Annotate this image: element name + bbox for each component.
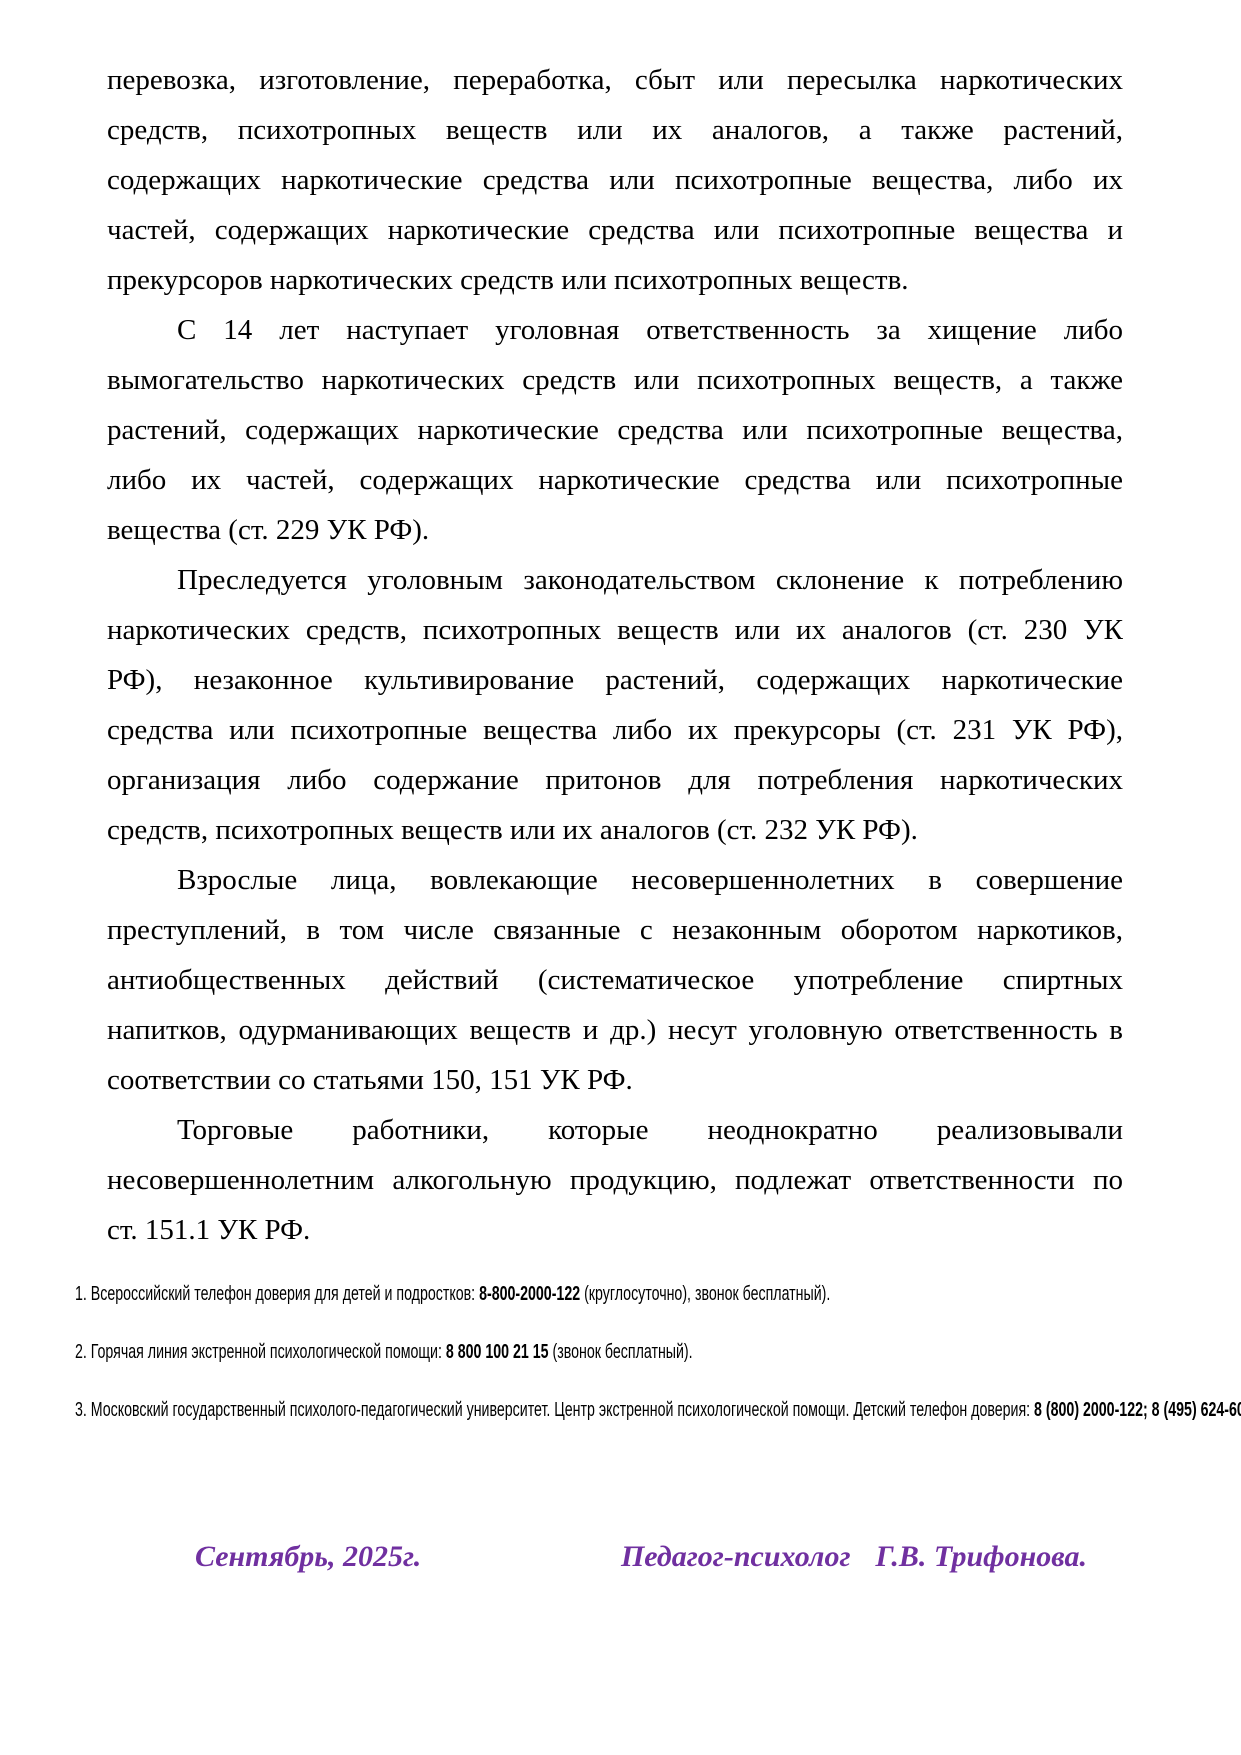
text-line: перевозка, изготовление, переработка, сб… [107, 55, 1123, 105]
footnote-content: 3. Московский государственный психолого-… [75, 1399, 1241, 1421]
footnotes: 1. Всероссийский телефон доверия для дет… [0, 1283, 1241, 1421]
text-line: вещества (ст. 229 УК РФ). [107, 505, 1123, 555]
footer-signature: Педагог-психолог Г.В. Трифонова. [621, 1538, 1087, 1576]
footer-name: Г.В. Трифонова. [876, 1538, 1087, 1576]
text-line: Взрослые лица, вовлекающие несовершеннол… [107, 855, 1123, 905]
text-line: ст. 151.1 УК РФ. [107, 1205, 1123, 1255]
text-line: средств, психотропных веществ или их ана… [107, 105, 1123, 155]
footnote-text: (звонок бесплатный). [549, 1341, 693, 1363]
text-line: прекурсоров наркотических средств или пс… [107, 255, 1123, 305]
text-line: Преследуется уголовным законодательством… [107, 555, 1123, 605]
page-footer: Сентябрь, 2025г. Педагог-психолог Г.В. Т… [0, 1538, 1241, 1576]
paragraph: Торговые работники, которые неоднократно… [107, 1105, 1123, 1255]
text-line: организация либо содержание притонов для… [107, 755, 1123, 805]
footnote: 1. Всероссийский телефон доверия для дет… [75, 1283, 1241, 1305]
text-line: частей, содержащих наркотические средств… [107, 205, 1123, 255]
paragraph: Преследуется уголовным законодательством… [107, 555, 1123, 855]
text-line: растений, содержащих наркотические средс… [107, 405, 1123, 455]
footnote-phone: 8 (800) 2000-122; 8 (495) 624-60-01. [1034, 1399, 1241, 1421]
footnote-text: (круглосуточно), звонок бесплатный). [580, 1283, 830, 1305]
text-line: антиобщественных действий (систематическ… [107, 955, 1123, 1005]
text-line: РФ), незаконное культивирование растений… [107, 655, 1123, 705]
page: перевозка, изготовление, переработка, сб… [0, 0, 1241, 1755]
text-line: несовершеннолетним алкогольную продукцию… [107, 1155, 1123, 1205]
text-line: напитков, одурманивающих веществ и др.) … [107, 1005, 1123, 1055]
footnote-phone: 8 800 100 21 15 [446, 1341, 549, 1363]
text-line: либо их частей, содержащих наркотические… [107, 455, 1123, 505]
text-line: средств, психотропных веществ или их ана… [107, 805, 1123, 855]
footnote-content: 2. Горячая линия экстренной психологичес… [75, 1341, 693, 1363]
footnote-content: 1. Всероссийский телефон доверия для дет… [75, 1283, 830, 1305]
footnote: 2. Горячая линия экстренной психологичес… [75, 1341, 1241, 1363]
text-line: наркотических средств, психотропных веще… [107, 605, 1123, 655]
paragraph: С 14 лет наступает уголовная ответственн… [107, 305, 1123, 555]
text-line: преступлений, в том числе связанные с не… [107, 905, 1123, 955]
footnote-text: 3. Московский государственный психолого-… [75, 1399, 1034, 1421]
main-text: перевозка, изготовление, переработка, сб… [0, 0, 1241, 1255]
document-page: { "page": { "background": "#ffffff", "te… [0, 0, 1241, 1755]
text-line: вымогательство наркотических средств или… [107, 355, 1123, 405]
paragraph: Взрослые лица, вовлекающие несовершеннол… [107, 855, 1123, 1105]
text-line: средства или психотропные вещества либо … [107, 705, 1123, 755]
footer-date: Сентябрь, 2025г. [195, 1538, 421, 1576]
footnote-text: 1. Всероссийский телефон доверия для дет… [75, 1283, 479, 1305]
footnote-phone: 8-800-2000-122 [479, 1283, 580, 1305]
text-line: соответствии со статьями 150, 151 УК РФ. [107, 1055, 1123, 1105]
text-line: содержащих наркотические средства или пс… [107, 155, 1123, 205]
footnote-text: 2. Горячая линия экстренной психологичес… [75, 1341, 446, 1363]
text-line: Торговые работники, которые неоднократно… [107, 1105, 1123, 1155]
text-line: С 14 лет наступает уголовная ответственн… [107, 305, 1123, 355]
footnote: 3. Московский государственный психолого-… [75, 1399, 1241, 1421]
footer-role: Педагог-психолог [621, 1538, 851, 1576]
paragraph: перевозка, изготовление, переработка, сб… [107, 55, 1123, 305]
